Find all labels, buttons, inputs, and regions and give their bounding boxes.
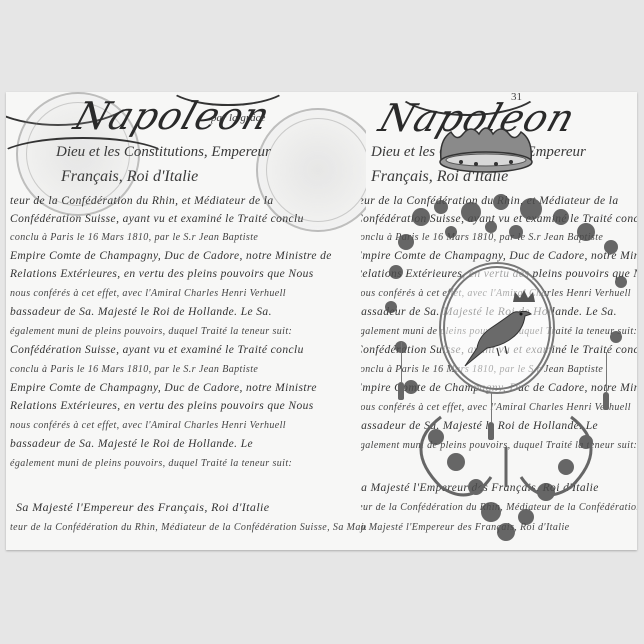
document-line: teur de la Confédération du Rhin, et Méd… [10, 195, 274, 207]
document-line: Empire Comte de Champagny, Duc de Cadore… [10, 382, 317, 394]
document-line: bassadeur de Sa. Majesté le Roi de Holla… [10, 306, 272, 318]
tassel-icon [603, 392, 609, 410]
tassel-icon [398, 382, 404, 400]
bird-icon [457, 300, 537, 370]
document-subtitle-2: Français, Roi d'Italie [61, 168, 198, 186]
tassel-cord [606, 352, 607, 392]
document-right-half: 31 Napoleon Dieu et les Constitutions, E… [361, 92, 637, 550]
document-line: bassadeur de Sa. Majesté le Roi de Holla… [10, 438, 253, 450]
document-line: conclu à Paris le 16 Mars 1810, par le S… [10, 232, 258, 243]
tassel-cord [401, 342, 402, 382]
document-left-half: Napoleon par la grâce Dieu et les Consti… [6, 92, 366, 550]
small-crown-icon [511, 288, 537, 304]
crown-icon [431, 120, 541, 180]
tassel-cord [491, 392, 492, 422]
document-line: nous conférés à cet effet, avec l'Amiral… [10, 420, 286, 431]
document-line: Empire Comte de Champagny, Duc de Cadore… [10, 250, 332, 262]
document-title-tail: par la grâce [211, 112, 265, 124]
document-line: également muni de pleins pouvoirs, duque… [10, 458, 292, 469]
document-subtitle-1: Dieu et les Constitutions, Empereur [56, 144, 271, 161]
document-footer-line: Sa Majesté l'Empereur des Français, Roi … [16, 500, 270, 515]
document-line: Confédération Suisse, ayant vu et examin… [10, 213, 304, 225]
document-line: également muni de pleins pouvoirs, duque… [10, 326, 292, 337]
tissue-paper-sheet: Napoleon par la grâce Dieu et les Consti… [6, 92, 637, 550]
tassel-icon [488, 422, 494, 440]
document-line: Relations Extérieures, en vertu des plei… [10, 400, 314, 412]
document-line: nous conférés à cet effet, avec l'Amiral… [10, 288, 286, 299]
document-line: Relations Extérieures, en vertu des plei… [10, 268, 314, 280]
document-line: conclu à Paris le 16 Mars 1810, par le S… [10, 364, 258, 375]
document-line: Confédération Suisse, ayant vu et examin… [10, 344, 304, 356]
document-footer-line: teur de la Confédération du Rhin, Médiat… [10, 522, 366, 533]
